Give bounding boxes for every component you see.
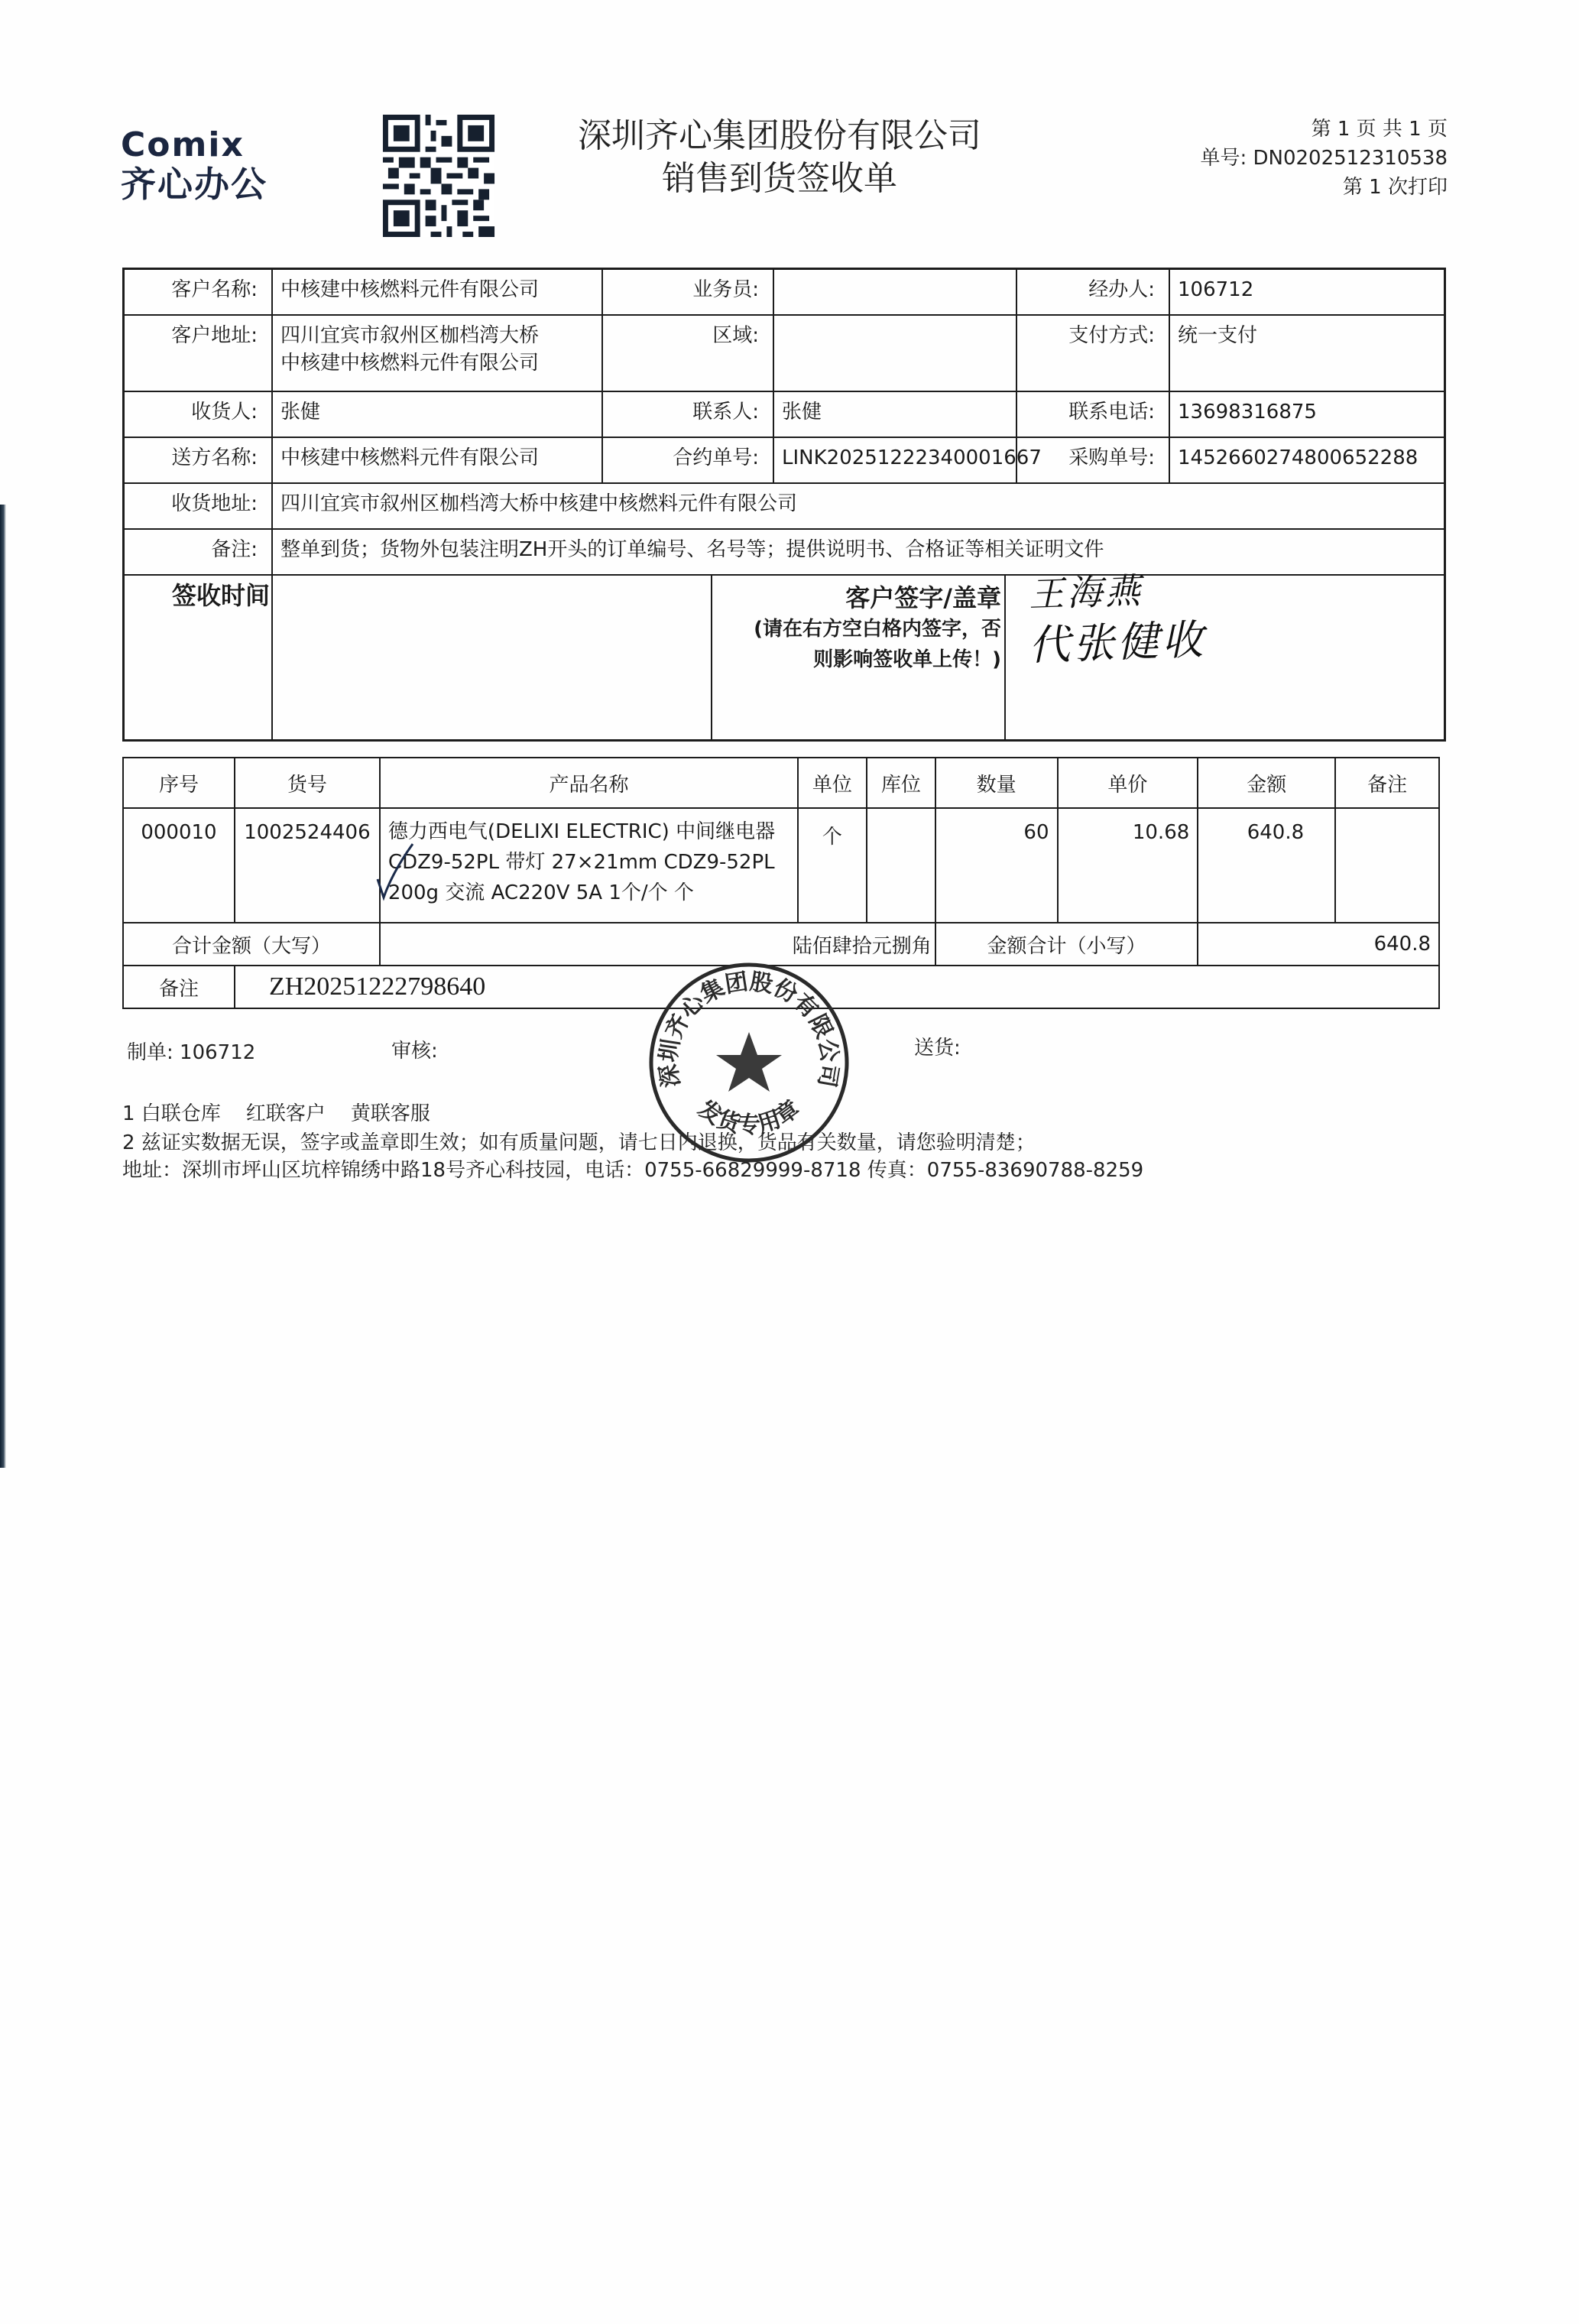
page-count: 第 1 页 共 1 页 — [1200, 115, 1448, 144]
page-info: 第 1 页 共 1 页 单号: DN0202512310538 第 1 次打印 — [1200, 115, 1448, 202]
region-value — [773, 316, 1016, 391]
col-qty: 数量 — [935, 758, 1058, 808]
remark-label: 备注: — [125, 530, 271, 574]
phone-label: 联系电话: — [1016, 392, 1169, 437]
contact-label: 联系人: — [601, 392, 773, 437]
delivery-address-value: 四川宜宾市叙州区枷档湾大桥中核建中核燃料元件有限公司 — [271, 484, 1444, 528]
sign-time-field[interactable] — [271, 576, 711, 739]
info-row-customer-name: 客户名称: 中核建中核燃料元件有限公司 业务员: 经办人: 106712 — [125, 270, 1444, 316]
order-remark-label: 备注 — [123, 966, 235, 1008]
po-value: 1452660274800652288 — [1169, 438, 1445, 482]
customer-address-line1: 四川宜宾市叙州区枷档湾大桥 — [280, 322, 594, 349]
signature-handwriting-2: 代张健收 — [1028, 626, 1206, 660]
remark-value: 整单到货；货物外包装注明ZH开头的订单编号、名号等；提供说明书、合格证等相关证明… — [271, 530, 1444, 574]
contract-label: 合约单号: — [601, 438, 773, 482]
contract-value: LINK20251222340001667 — [773, 438, 1016, 482]
customer-name-value: 中核建中核燃料元件有限公司 — [271, 270, 601, 314]
total-lower-value: 640.8 — [1198, 923, 1439, 966]
terms-note: 2 兹证实数据无误，签字或盖章即生效；如有质量问题，请七日内退换，货品有关数量，… — [122, 1127, 1036, 1155]
company-address: 地址：深圳市坪山区坑梓锦绣中路18号齐心科技园，电话：0755-66829999… — [122, 1154, 1143, 1183]
col-amount: 金额 — [1198, 758, 1335, 808]
customer-sign-label: 客户签字/盖章 — [720, 582, 1001, 614]
company-name: 深圳齐心集团股份有限公司 — [566, 115, 994, 157]
salesman-label: 业务员: — [601, 270, 773, 314]
col-location: 库位 — [867, 758, 935, 808]
item-sku: 1002524406 — [235, 808, 380, 923]
consignee-value: 张健 — [271, 392, 601, 437]
maker-label: 制单: — [127, 1041, 173, 1064]
check-mark-icon — [370, 841, 416, 902]
item-name: 德力西电气(DELIXI ELECTRIC) 中间继电器 CDZ9-52PL 带… — [380, 808, 798, 923]
handler-value: 106712 — [1169, 270, 1445, 314]
print-count: 第 1 次打印 — [1200, 173, 1448, 202]
items-header-row: 序号 货号 产品名称 单位 库位 数量 单价 金额 备注 — [123, 758, 1439, 808]
po-label: 采购单号: — [1016, 438, 1169, 482]
contact-value: 张健 — [773, 392, 1016, 437]
customer-signature-box[interactable]: 王海燕 代张健收 — [1004, 576, 1444, 739]
region-label: 区域: — [601, 316, 773, 391]
customer-address-label: 客户地址: — [125, 316, 271, 391]
scan-edge-shadow — [0, 505, 6, 1468]
ship-to-value: 中核建中核燃料元件有限公司 — [271, 438, 601, 482]
info-row-signature: 签收时间 客户签字/盖章 (请在右方空白格内签字，否 则影响签收单上传！) 王海… — [125, 576, 1444, 739]
col-price: 单价 — [1058, 758, 1198, 808]
copies-note: 1 白联仓库 红联客户 黄联客服 — [122, 1098, 430, 1126]
delivery-address-label: 收货地址: — [125, 484, 271, 528]
maker: 制单: 106712 — [127, 1037, 255, 1065]
info-table: 客户名称: 中核建中核燃料元件有限公司 业务员: 经办人: 106712 客户地… — [122, 268, 1446, 742]
phone-value: 13698316875 — [1169, 392, 1445, 437]
customer-sign-hint1: (请在右方空白格内签字，否 — [720, 614, 1001, 644]
order-number-label: 单号: — [1200, 147, 1247, 170]
consignee-label: 收货人: — [125, 392, 271, 437]
logo-text-en: Comix — [121, 128, 267, 162]
item-seq: 000010 — [123, 808, 235, 923]
delivery-label: 送货: — [914, 1032, 961, 1060]
item-price: 10.68 — [1058, 808, 1198, 923]
customer-address-line2: 中核建中核燃料元件有限公司 — [280, 349, 594, 377]
total-lower-label: 金额合计（小写） — [935, 923, 1198, 966]
stamp-bottom-text: 发货专用章 — [693, 1095, 805, 1139]
logo-text-cn: 齐心办公 — [121, 165, 267, 204]
qr-code-icon — [382, 115, 495, 237]
col-sku: 货号 — [235, 758, 380, 808]
info-row-consignee: 收货人: 张健 联系人: 张健 联系电话: 13698316875 — [125, 392, 1444, 438]
item-qty: 60 — [935, 808, 1058, 923]
info-row-remark: 备注: 整单到货；货物外包装注明ZH开头的订单编号、名号等；提供说明书、合格证等… — [125, 530, 1444, 576]
handler-label: 经办人: — [1016, 270, 1169, 314]
info-row-ship-to: 送方名称: 中核建中核燃料元件有限公司 合约单号: LINK2025122234… — [125, 438, 1444, 484]
table-row: 000010 1002524406 德力西电气(DELIXI ELECTRIC)… — [123, 808, 1439, 923]
col-seq: 序号 — [123, 758, 235, 808]
info-row-delivery-address: 收货地址: 四川宜宾市叙州区枷档湾大桥中核建中核燃料元件有限公司 — [125, 484, 1444, 530]
signature-handwriting-1: 王海燕 — [1028, 576, 1143, 608]
payment-label: 支付方式: — [1016, 316, 1169, 391]
company-logo: Comix 齐心办公 — [121, 128, 267, 204]
star-icon — [716, 1032, 782, 1092]
order-number-value: DN0202512310538 — [1253, 147, 1448, 170]
item-unit: 个 — [798, 808, 867, 923]
customer-name-label: 客户名称: — [125, 270, 271, 314]
company-seal-stamp: 深圳齐心集团股份有限公司 发货专用章 — [646, 959, 852, 1166]
customer-sign-label-cell: 客户签字/盖章 (请在右方空白格内签字，否 则影响签收单上传！) — [711, 576, 1004, 739]
col-name: 产品名称 — [380, 758, 798, 808]
item-note — [1335, 808, 1439, 923]
customer-address-value: 四川宜宾市叙州区枷档湾大桥 中核建中核燃料元件有限公司 — [271, 316, 601, 391]
customer-sign-hint2: 则影响签收单上传！) — [720, 644, 1001, 675]
order-number: 单号: DN0202512310538 — [1200, 144, 1448, 173]
doc-title: 销售到货签收单 — [566, 157, 994, 200]
col-note: 备注 — [1335, 758, 1439, 808]
info-row-address: 客户地址: 四川宜宾市叙州区枷档湾大桥 中核建中核燃料元件有限公司 区域: 支付… — [125, 316, 1444, 392]
item-amount: 640.8 — [1198, 808, 1335, 923]
review-label: 审核: — [391, 1035, 438, 1063]
maker-value: 106712 — [180, 1041, 255, 1064]
sign-time-label: 签收时间 — [125, 576, 271, 739]
payment-value: 统一支付 — [1169, 316, 1445, 391]
item-location — [867, 808, 935, 923]
total-upper-label: 合计金额（大写） — [123, 923, 380, 966]
document-title: 深圳齐心集团股份有限公司 销售到货签收单 — [566, 115, 994, 200]
ship-to-label: 送方名称: — [125, 438, 271, 482]
col-unit: 单位 — [798, 758, 867, 808]
